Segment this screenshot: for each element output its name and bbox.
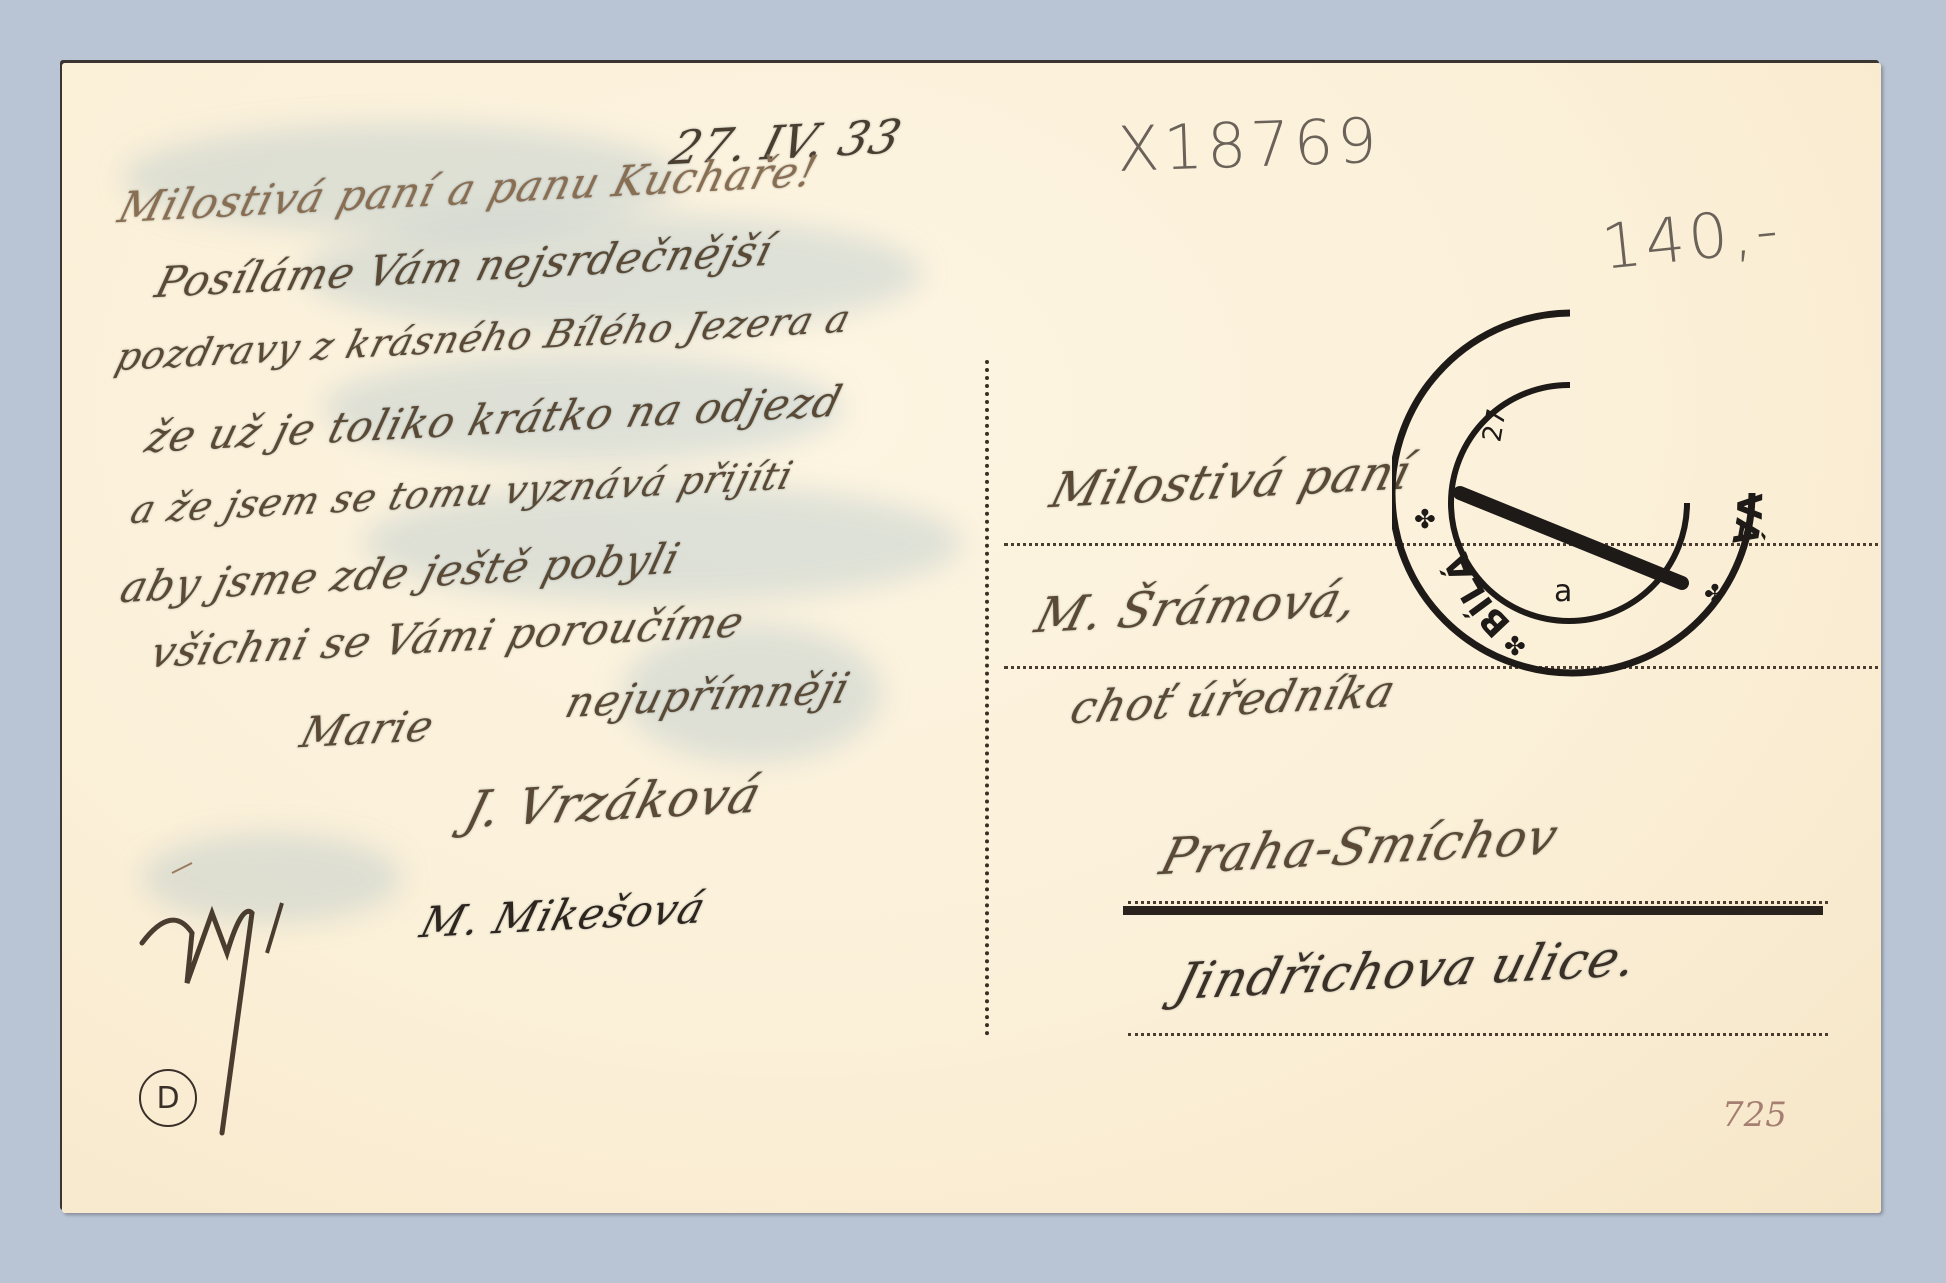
postmark-date: 27: [1477, 406, 1512, 444]
star-icon: ✤: [1704, 580, 1726, 610]
address-line: choť úředníka: [1065, 666, 1401, 735]
address-dotted-line: [1128, 1033, 1828, 1036]
svg-text:VÁ: VÁ: [1723, 493, 1768, 550]
postcard-back: 27. IV. 33 X18769 140,- Milostivá paní a…: [62, 63, 1881, 1213]
postmark-letter: a: [1554, 574, 1572, 609]
address-underline-bar: [1123, 906, 1823, 915]
postmark: BÍLÁ VÁ 27 a ✤ ✤ ✤: [1392, 293, 1812, 713]
signature: M. Mikešová: [415, 883, 711, 948]
address-line: Praha-Smíchov: [1154, 807, 1565, 887]
address-line: M. Šrámová,: [1029, 571, 1364, 645]
svg-text:BÍLÁ: BÍLÁ: [1436, 547, 1519, 645]
address-dotted-line: [1128, 901, 1828, 904]
postmark-town-right: VÁ: [1723, 493, 1768, 550]
catalog-number: X18769: [1116, 104, 1382, 186]
signature: J. Vrzáková: [459, 765, 768, 839]
star-icon: ✤: [1414, 505, 1436, 535]
signature: Marie: [295, 701, 440, 758]
star-icon: ✤: [1504, 632, 1526, 662]
price-note: 140,-: [1598, 192, 1785, 283]
divider-line: [985, 360, 989, 1036]
postmark-town-left: BÍLÁ: [1436, 547, 1519, 645]
address-line: Milostivá paní: [1044, 444, 1417, 520]
corner-note: 725: [1722, 1095, 1787, 1135]
circled-mark: D: [139, 1069, 197, 1127]
address-line: Jindřichova ulice.: [1169, 928, 1644, 1011]
